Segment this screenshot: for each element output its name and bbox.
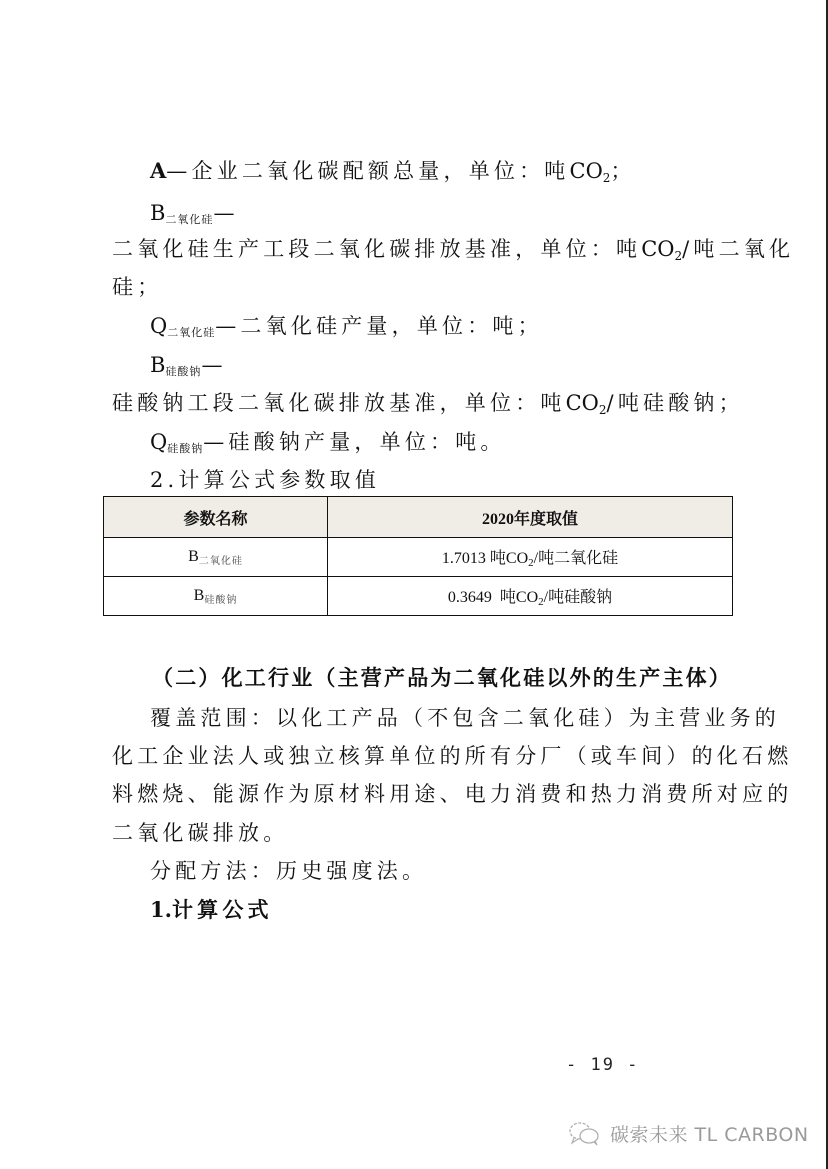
coverage-line-1: 覆盖范围：以化工产品（不包含二氧化硅）为主营业务的 [150,705,780,731]
definition-b-sio2-description: 二氧化硅生产工段二氧化碳排放基准，单位：吨CO2/吨二氧化 [112,236,794,269]
unit-co: CO [641,237,674,261]
dash: — [213,201,238,225]
allocation-method: 分配方法：历史强度法。 [150,858,427,884]
table-row: B二氧化硅 1.7013 吨CO2/吨二氧化硅 [104,538,733,577]
symbol-b: B [150,353,165,377]
parameter-value: 0.3649 吨 [448,589,516,606]
unit-co2: CO2 [506,550,534,567]
wechat-icon [568,1121,602,1147]
unit-co2: CO2 [641,237,682,261]
formula-heading-text: 计算公式 [172,897,273,922]
definition-q-na: Q硅酸钠—硅酸钠产量，单位：吨。 [150,429,506,462]
parameter-subscript: 硅酸钠 [204,595,237,606]
formula-heading: 1.计算公式 [150,897,273,923]
coverage-line-4: 二氧化碳排放。 [112,820,288,846]
watermark: 碳索未来 TL CARBON [568,1120,809,1147]
definition-text: —二氧化硅产量，单位：吨； [215,314,543,338]
parameter-value-cell: 1.7013 吨CO2/吨二氧化硅 [328,538,733,577]
definition-a-end: ； [610,159,635,183]
symbol-q: Q [150,314,167,338]
parameter-unit-after: /吨硅酸钠 [544,589,612,606]
definition-a: A—企业二氧化碳配额总量，单位：吨CO2； [150,158,636,191]
section-heading: （二）化工行业（主营产品为二氧化硅以外的生产主体） [152,665,732,691]
definition-b-na-description: 硅酸钠工段二氧化碳排放基准，单位：吨CO2/吨硅酸钠； [112,390,744,423]
parameter-value-cell: 0.3649 吨CO2/吨硅酸钠 [328,577,733,616]
definition-b-sio2: B二氧化硅— [150,200,239,233]
symbol-q: Q [150,430,167,454]
description-text-after: /吨二氧化 [682,237,794,261]
unit-subscript: 2 [599,403,607,417]
definition-text: —硅酸钠产量，单位：吨。 [203,430,505,454]
symbol-subscript: 二氧化硅 [167,326,215,339]
parameter-symbol: B [188,548,199,565]
parameter-unit-after: /吨二氧化硅 [534,550,618,567]
table-header-row: 参数名称 2020年度取值 [104,497,733,538]
parameter-name-cell: B二氧化硅 [104,538,328,577]
unit-co: CO [570,159,603,183]
parameter-table: 参数名称 2020年度取值 B二氧化硅 1.7013 吨CO2/吨二氧化硅 B硅… [103,496,733,616]
table-row: B硅酸钠 0.3649 吨CO2/吨硅酸钠 [104,577,733,616]
dash: — [201,353,226,377]
definition-b-na: B硅酸钠— [150,352,227,385]
definition-b-sio2-description-cont: 硅； [112,274,162,300]
column-header-parameter-name: 参数名称 [104,497,328,538]
symbol-subscript: 二氧化硅 [165,213,213,226]
parameter-name-cell: B硅酸钠 [104,577,328,616]
coverage-line-3: 料燃烧、能源作为原材料用途、电力消费和热力消费所对应的 [112,781,792,807]
description-text: 硅酸钠工段二氧化碳排放基准，单位：吨 [112,391,566,415]
symbol-subscript: 硅酸钠 [167,442,203,455]
definition-a-text: —企业二氧化碳配额总量，单位：吨 [166,159,569,183]
column-header-2020-value: 2020年度取值 [328,497,733,538]
watermark-text: 碳索未来 TL CARBON [610,1120,809,1147]
definition-q-sio2: Q二氧化硅—二氧化硅产量，单位：吨； [150,313,543,346]
unit-subscript: 2 [675,249,683,263]
description-text-after: /吨硅酸钠； [607,391,744,415]
coverage-line-2: 化工企业法人或独立核算单位的所有分厂（或车间）的化石燃 [112,743,792,769]
unit-co: CO [566,391,599,415]
symbol-subscript: 硅酸钠 [165,365,201,378]
formula-heading-number: 1. [150,897,172,922]
unit-co2: CO2 [570,159,611,183]
parameter-value: 1.7013 吨 [442,550,506,567]
symbol-a: A [150,158,166,183]
page-number: - 19 - [566,1055,639,1075]
description-text: 二氧化硅生产工段二氧化碳排放基准，单位：吨 [112,237,641,261]
parameter-subscript: 二氧化硅 [199,556,243,567]
unit-co2: CO2 [516,589,544,606]
unit-co: CO [516,589,538,606]
unit-co: CO [506,550,528,567]
unit-co2: CO2 [566,391,607,415]
table-heading: 2.计算公式参数取值 [150,467,380,493]
symbol-b: B [150,201,165,225]
parameter-symbol: B [194,587,205,604]
